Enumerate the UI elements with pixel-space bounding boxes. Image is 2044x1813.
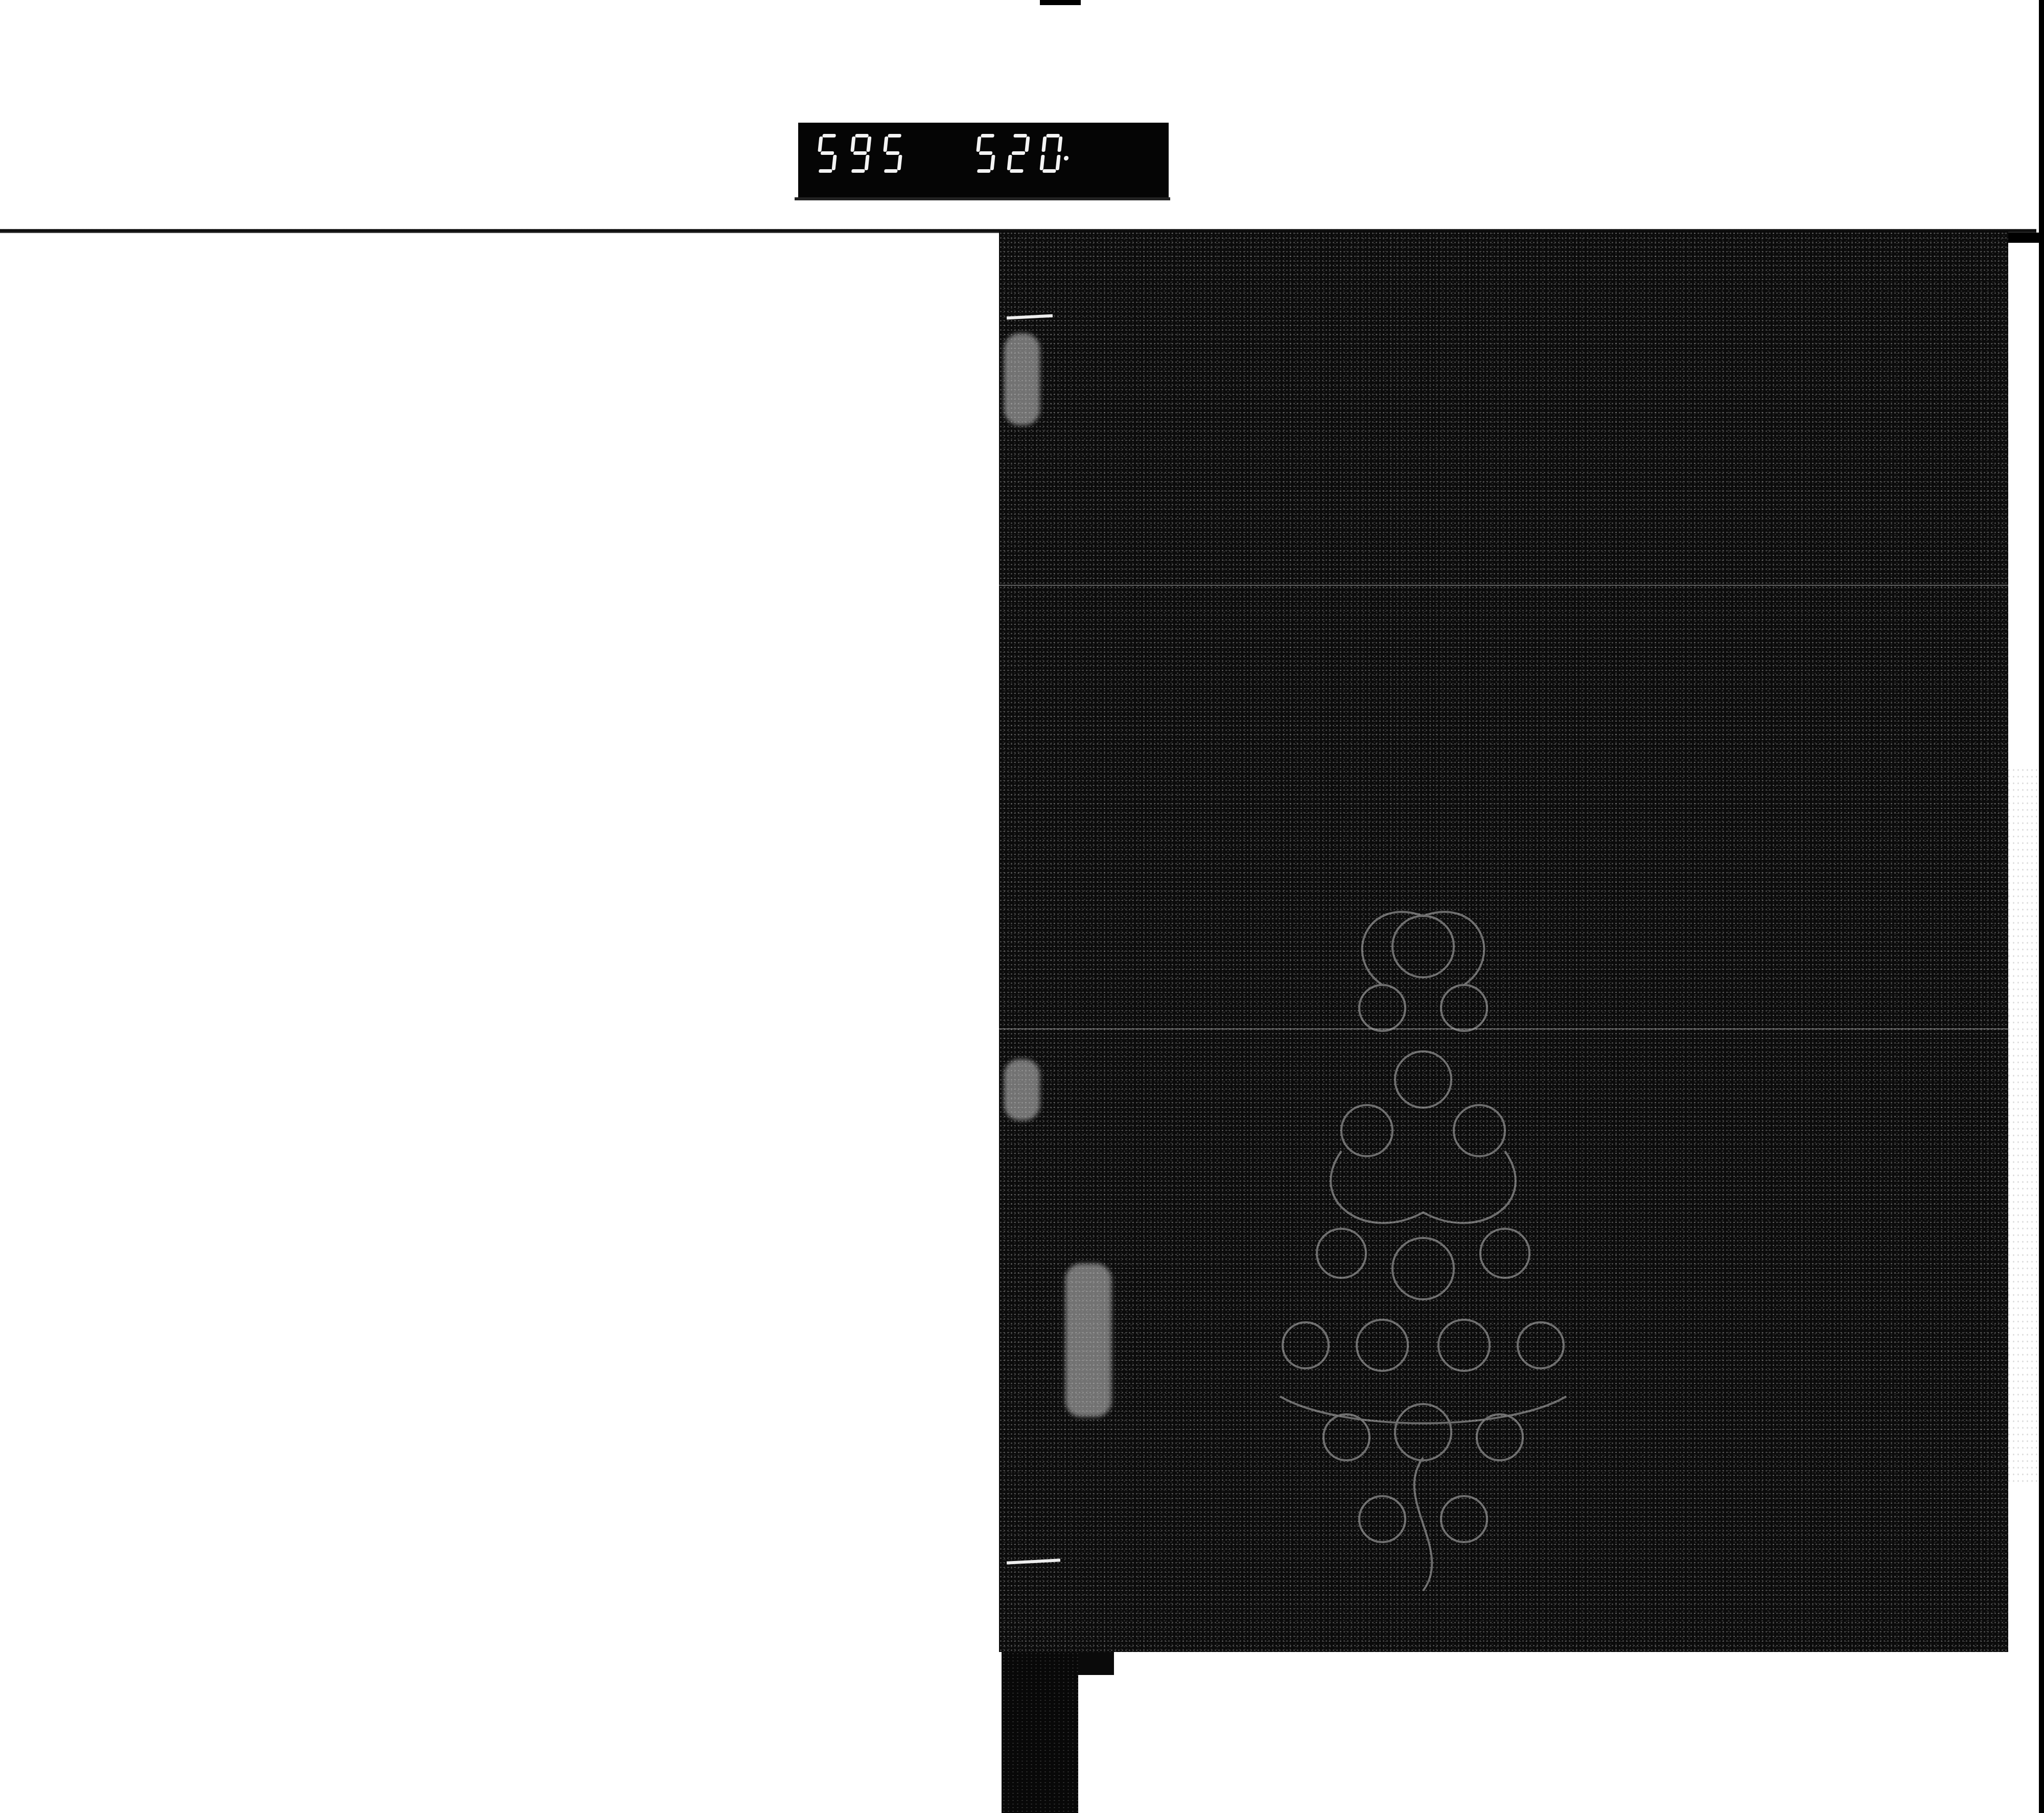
book-cover <box>999 231 2008 1652</box>
counter-digit <box>848 134 872 173</box>
counter-digit <box>881 134 904 173</box>
binding-thread <box>1007 1558 1060 1564</box>
counter-digit <box>1039 134 1063 173</box>
cover-ornament-icon <box>1214 793 1633 1611</box>
counter-digit <box>974 134 997 173</box>
spine-tab <box>1078 1652 1114 1675</box>
counter-digit <box>1007 134 1030 173</box>
scan-line <box>999 585 2008 586</box>
spine-wear <box>1004 1059 1040 1120</box>
film-top-mark <box>1040 0 1081 5</box>
frame-counter-right <box>976 134 1061 173</box>
spine-wear <box>1065 1264 1111 1417</box>
frame-counter-left <box>818 134 902 173</box>
frame-counter <box>798 123 1169 199</box>
counter-underline <box>795 197 1170 200</box>
film-edge <box>2039 0 2044 1813</box>
book-spine <box>1002 1652 1078 1813</box>
counter-digit <box>816 134 839 173</box>
spine-wear <box>1004 333 1040 425</box>
binding-thread <box>1007 314 1053 320</box>
